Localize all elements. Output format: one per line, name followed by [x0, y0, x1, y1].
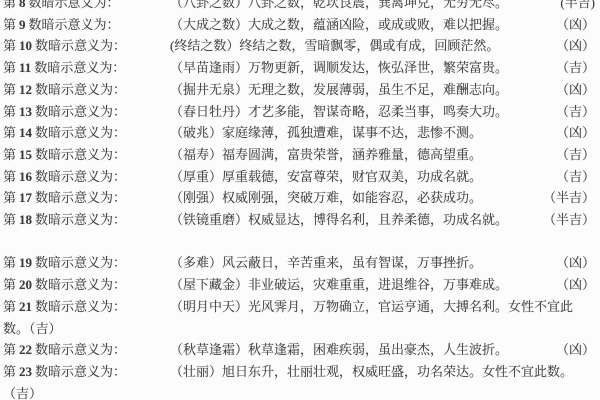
entry-label-prefix: 第	[3, 147, 16, 162]
entry-name: （刚强）	[170, 187, 222, 209]
entry-name: （破兆）	[170, 122, 222, 144]
entry-label-suffix: 数暗示意义为：	[35, 190, 126, 205]
numerology-entry-row: 第12数暗示意义为：（掘井无泉）无理之数，发展薄弱，虽生不足，难酬志向。（凶）	[3, 79, 595, 101]
entry-label-suffix: 数暗示意义为：	[35, 147, 126, 162]
numerology-entry-row: 第16数暗示意义为：（厚重）厚重载德，安富尊荣，财官双美，功成名就。（吉）	[3, 166, 595, 188]
entry-name: （多难）	[170, 252, 222, 274]
entry-number: 19	[19, 255, 32, 270]
entry-label: 第12数暗示意义为：	[3, 79, 150, 101]
entry-description: 非业破运，灾难重重，进退维谷，万事难成。	[248, 274, 508, 296]
entry-label-suffix: 数暗示意义为：	[29, 17, 120, 32]
entry-label-prefix: 第	[3, 104, 16, 119]
numerology-entry-row: 第17数暗示意义为：（刚强）权威刚强，突破万难，如能容忍，必获成功。（半吉）	[3, 187, 595, 209]
entry-name: (终结之数）	[170, 35, 239, 57]
entry-label-suffix: 数暗示意义为：	[35, 299, 126, 314]
numerology-entry-row: 第21数暗示意义为：（明月中天）光风霁月，万物确立，官运亨通，大搏名利。女性不宜…	[3, 296, 575, 339]
numerology-entry-row: 第18数暗示意义为：（铁镜重磨）权威显达，博得名利，且养柔德，功成名就。（半吉）	[3, 209, 595, 231]
entry-label-prefix: 第	[3, 364, 16, 379]
entry-label: 第23数暗示意义为：	[3, 361, 150, 383]
entry-rating: （吉）	[29, 321, 62, 336]
entry-name: （厚重）	[170, 166, 222, 188]
entry-number: 21	[19, 299, 32, 314]
entry-rating: （凶）	[556, 14, 595, 36]
numerology-entry-row: 第8数暗示意义为：（八卦之数）八卦之数，乾坎艮震，巽离坤兑，无穷无尽。(半吉)	[3, 0, 595, 14]
entry-description: 大成之数，蕴涵凶险，或成或败，难以把握。	[248, 14, 508, 36]
entry-number: 11	[19, 60, 31, 75]
entry-description: 终结之数，雪暗飘零，偶或有成，回顾茫然。	[239, 35, 499, 57]
entry-rating: （凶）	[556, 79, 595, 101]
entry-name: （壮丽）	[170, 364, 222, 379]
entry-name: （早苗逢雨）	[170, 57, 248, 79]
entry-label: 第9数暗示意义为：	[3, 14, 150, 36]
entry-label: 第17数暗示意义为：	[3, 187, 150, 209]
entry-label-suffix: 数暗示意义为：	[29, 0, 120, 10]
entry-description: 福寿圆满，富贵荣誉，涵养雅量，德高望重。	[222, 144, 482, 166]
entry-number: 10	[19, 38, 32, 53]
entry-rating: （凶）	[556, 339, 595, 361]
entry-description: 权威显达，博得名利，且养柔德，功成名就。	[248, 209, 508, 231]
entry-label-prefix: 第	[3, 17, 16, 32]
entry-label-prefix: 第	[3, 277, 16, 292]
entry-label-suffix: 数暗示意义为：	[35, 169, 126, 184]
entry-label-suffix: 数暗示意义为：	[34, 60, 125, 75]
entry-name: （福寿）	[170, 144, 222, 166]
entry-label: 第11数暗示意义为：	[3, 57, 150, 79]
numerology-entry-row: 第23数暗示意义为：（壮丽）旭日东升，壮丽壮观，权威旺盛，功名荣达。女性不宜此数…	[3, 361, 575, 400]
numerology-entry-row: 第20数暗示意义为：（屋下藏金）非业破运，灾难重重，进退维谷，万事难成。（凶）	[3, 274, 595, 296]
entry-number: 18	[19, 212, 32, 227]
entry-label-suffix: 数暗示意义为：	[35, 364, 126, 379]
entry-label: 第10数暗示意义为：	[3, 35, 150, 57]
entry-label: 第22数暗示意义为：	[3, 339, 150, 361]
entry-number: 9	[19, 17, 26, 32]
entry-label-prefix: 第	[3, 190, 16, 205]
entry-label: 第18数暗示意义为：	[3, 209, 150, 231]
numerology-entry-row: 第15数暗示意义为：（福寿）福寿圆满，富贵荣誉，涵养雅量，德高望重。（吉）	[3, 144, 595, 166]
entry-description: 秋草逢霜，困难疾弱，虽出豪杰，人生波折。	[248, 339, 508, 361]
entry-rating: （半吉）	[543, 209, 595, 231]
entry-name: （铁镜重磨）	[170, 209, 248, 231]
entry-rating: （吉）	[556, 144, 595, 166]
entry-name: （八卦之数）	[170, 0, 248, 14]
entry-name: （屋下藏金）	[170, 274, 248, 296]
entry-number: 23	[19, 364, 32, 379]
entry-number: 16	[19, 169, 32, 184]
entry-rating: （凶）	[556, 252, 595, 274]
entry-label-suffix: 数暗示意义为：	[35, 212, 126, 227]
entry-description: 家庭缘薄，孤独遭难，谋事不达，悲惨不测。	[222, 122, 482, 144]
numerology-entry-row: 第14数暗示意义为：（破兆）家庭缘薄，孤独遭难，谋事不达，悲惨不测。（凶）	[3, 122, 595, 144]
entry-label-prefix: 第	[3, 60, 16, 75]
entry-number: 20	[19, 277, 32, 292]
entry-label-prefix: 第	[3, 0, 16, 10]
entry-label: 第13数暗示意义为：	[3, 101, 150, 123]
entry-label-prefix: 第	[3, 38, 16, 53]
entry-number: 13	[19, 104, 32, 119]
entry-description: 风云蔽日，辛苦重来，虽有智谋，万事挫折。	[222, 252, 482, 274]
entry-rating: （凶）	[556, 122, 595, 144]
entry-name: （大成之数）	[170, 14, 248, 36]
numerology-entry-row: 第19数暗示意义为：（多难）风云蔽日，辛苦重来，虽有智谋，万事挫折。（凶）	[3, 252, 595, 274]
entry-label: 第14数暗示意义为：	[3, 122, 150, 144]
entry-label-suffix: 数暗示意义为：	[35, 255, 126, 270]
entry-label: 第21数暗示意义为：	[3, 296, 150, 318]
entry-description: 权威刚强，突破万难，如能容忍，必获成功。	[222, 187, 482, 209]
numerology-entry-row: 第9数暗示意义为：（大成之数）大成之数，蕴涵凶险，或成或败，难以把握。（凶）	[3, 14, 595, 36]
entry-number: 22	[19, 342, 32, 357]
entry-label-suffix: 数暗示意义为：	[35, 38, 126, 53]
entry-label-suffix: 数暗示意义为：	[35, 104, 126, 119]
entry-number: 8	[19, 0, 26, 10]
entry-rating: （吉）	[3, 386, 42, 400]
entry-rating: （吉）	[556, 101, 595, 123]
entry-label-prefix: 第	[3, 125, 16, 140]
entry-label-prefix: 第	[3, 255, 16, 270]
numerology-entry-list: 第8数暗示意义为：（八卦之数）八卦之数，乾坎艮震，巽离坤兑，无穷无尽。(半吉) …	[0, 0, 600, 400]
entry-name: （秋草逢霜）	[170, 339, 248, 361]
entry-description: 万物更新，调顺发达，恢弘泽世，繁荣富贵。	[248, 57, 508, 79]
entry-rating: （凶）	[556, 274, 595, 296]
entry-label-suffix: 数暗示意义为：	[35, 277, 126, 292]
numerology-entry-row: 第22数暗示意义为：（秋草逢霜）秋草逢霜，困难疾弱，虽出豪杰，人生波折。（凶）	[3, 339, 595, 361]
entry-number: 17	[19, 190, 32, 205]
entry-name: （掘井无泉）	[170, 79, 248, 101]
numerology-entry-row: 第10数暗示意义为：(终结之数）终结之数，雪暗飘零，偶或有成，回顾茫然。（凶）	[3, 35, 595, 57]
entry-description: 才艺多能，智谋奇略，忍柔当事，鸣奏大功。	[248, 101, 508, 123]
entry-number: 15	[19, 147, 32, 162]
entry-label: 第8数暗示意义为：	[3, 0, 150, 14]
entry-rating: （半吉）	[543, 187, 595, 209]
entry-label-prefix: 第	[3, 299, 16, 314]
entry-label: 第16数暗示意义为：	[3, 166, 150, 188]
entry-label-prefix: 第	[3, 82, 16, 97]
entry-name: （明月中天）	[170, 299, 248, 314]
entry-label-prefix: 第	[3, 212, 16, 227]
entry-description: 旭日东升，壮丽壮观，权威旺盛，功名荣达。女性不宜此数。	[222, 364, 573, 379]
entry-label-suffix: 数暗示意义为：	[35, 125, 126, 140]
entry-number: 12	[19, 82, 32, 97]
entry-label-prefix: 第	[3, 169, 16, 184]
entry-label-suffix: 数暗示意义为：	[35, 342, 126, 357]
entry-rating: （凶）	[556, 35, 595, 57]
entry-label-suffix: 数暗示意义为：	[35, 82, 126, 97]
entry-label: 第20数暗示意义为：	[3, 274, 150, 296]
numerology-entry-row: 第13数暗示意义为：（春日牡丹）才艺多能，智谋奇略，忍柔当事，鸣奏大功。（吉）	[3, 101, 595, 123]
entry-label: 第15数暗示意义为：	[3, 144, 150, 166]
entry-rating: （吉）	[556, 166, 595, 188]
entry-number: 14	[19, 125, 32, 140]
entry-description: 无理之数，发展薄弱，虽生不足，难酬志向。	[248, 79, 508, 101]
entry-name: （春日牡丹）	[170, 101, 248, 123]
entry-label-prefix: 第	[3, 342, 16, 357]
entry-rating: （吉）	[556, 57, 595, 79]
entry-description: 八卦之数，乾坎艮震，巽离坤兑，无穷无尽。	[248, 0, 508, 14]
entry-rating: (半吉)	[560, 0, 595, 14]
entry-description: 厚重载德，安富尊荣，财官双美，功成名就。	[222, 166, 482, 188]
numerology-document-page: 第8数暗示意义为：（八卦之数）八卦之数，乾坎艮震，巽离坤兑，无穷无尽。(半吉) …	[0, 0, 600, 400]
entry-label: 第19数暗示意义为：	[3, 252, 150, 274]
numerology-entry-row: 第11数暗示意义为：（早苗逢雨）万物更新，调顺发达，恢弘泽世，繁荣富贵。（吉）	[3, 57, 595, 79]
